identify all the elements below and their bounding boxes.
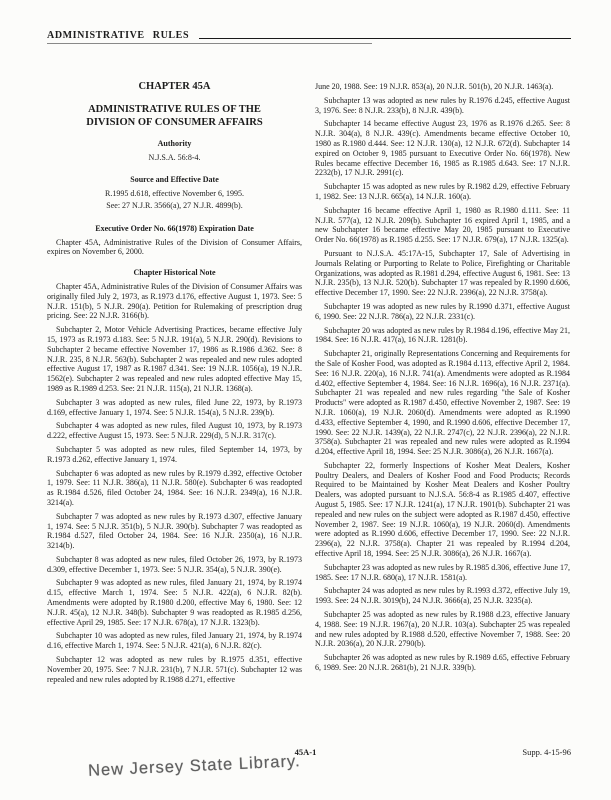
page-body: CHAPTER 45A ADMINISTRATIVE RULES OF THE … <box>47 82 570 688</box>
authority-heading: Authority <box>47 139 302 149</box>
source-line-2: See: 27 N.J.R. 3566(a), 27 N.J.R. 4899(b… <box>47 201 302 211</box>
historical-paragraph: Subchapter 23 was adopted as new rules b… <box>315 563 570 583</box>
left-column: CHAPTER 45A ADMINISTRATIVE RULES OF THE … <box>47 82 302 688</box>
historical-paragraph: Subchapter 16 became effective April 1, … <box>315 206 570 245</box>
footer-supplement-date: Supp. 4-15-96 <box>522 747 571 757</box>
expiration-heading: Executive Order No. 66(1978) Expiration … <box>47 224 302 234</box>
historical-paragraph: Subchapter 14 became effective August 23… <box>315 119 570 178</box>
expiration-paragraph: Chapter 45A, Administrative Rules of the… <box>47 238 302 258</box>
chapter-number-heading: CHAPTER 45A <box>47 82 302 92</box>
historical-paragraph: Subchapter 2, Motor Vehicle Advertising … <box>47 325 302 394</box>
historical-paragraph: Subchapter 7 was adopted as new rules by… <box>47 512 302 551</box>
header-rule <box>199 38 571 39</box>
historical-paragraph: Subchapter 5 was adopted as new rules, f… <box>47 445 302 465</box>
chapter-title: ADMINISTRATIVE RULES OF THE DIVISION OF … <box>65 103 284 129</box>
historical-paragraph: Subchapter 4 was adopted as new rules, f… <box>47 421 302 441</box>
historical-note-heading: Chapter Historical Note <box>47 268 302 278</box>
historical-paragraph: Subchapter 25 was adopted as new rules b… <box>315 610 570 649</box>
source-heading: Source and Effective Date <box>47 175 302 185</box>
historical-paragraph: Chapter 45A, Administrative Rules of the… <box>47 282 302 321</box>
document-page: ADMINISTRATIVE RULES CHAPTER 45A ADMINIS… <box>0 0 611 800</box>
source-line-1: R.1995 d.618, effective November 6, 1995… <box>47 189 302 199</box>
historical-paragraph: Subchapter 20 was adopted as new rules b… <box>315 326 570 346</box>
running-header: ADMINISTRATIVE RULES <box>47 30 571 44</box>
historical-paragraph: Subchapter 3 was adopted as new rules, f… <box>47 398 302 418</box>
authority-text: N.J.S.A. 56:8-4. <box>47 153 302 163</box>
historical-paragraph: Subchapter 24 was adopted as new rules b… <box>315 586 570 606</box>
running-header-title: ADMINISTRATIVE RULES <box>47 30 199 41</box>
historical-paragraph: Subchapter 15 was adopted as new rules b… <box>315 182 570 202</box>
historical-paragraph: Subchapter 9 was adopted as new rules, f… <box>47 578 302 627</box>
historical-paragraph-continuation: June 20, 1988. See: 19 N.J.R. 853(a), 20… <box>315 82 570 92</box>
historical-paragraph: Subchapter 12 was adopted as new rules b… <box>47 655 302 684</box>
historical-paragraph: Subchapter 8 was adopted as new rules, f… <box>47 555 302 575</box>
historical-paragraph: Subchapter 13 was adopted as new rules b… <box>315 96 570 116</box>
historical-paragraph: Pursuant to N.J.S.A. 45:17A-15, Subchapt… <box>315 249 570 298</box>
footer-page-number: 45A-1 <box>0 747 611 757</box>
historical-paragraph: Subchapter 6 was adopted as new rules by… <box>47 469 302 508</box>
header-rule-secondary <box>47 43 372 44</box>
historical-paragraph: Subchapter 22, formerly Inspections of K… <box>315 461 570 559</box>
historical-paragraph: Subchapter 26 was adopted as new rules b… <box>315 653 570 673</box>
historical-paragraph: Subchapter 10 was adopted as new rules, … <box>47 631 302 651</box>
right-column: June 20, 1988. See: 19 N.J.R. 853(a), 20… <box>315 82 570 688</box>
historical-paragraph: Subchapter 21, originally Representation… <box>315 349 570 457</box>
historical-paragraph: Subchapter 19 was adopted as new rules b… <box>315 302 570 322</box>
